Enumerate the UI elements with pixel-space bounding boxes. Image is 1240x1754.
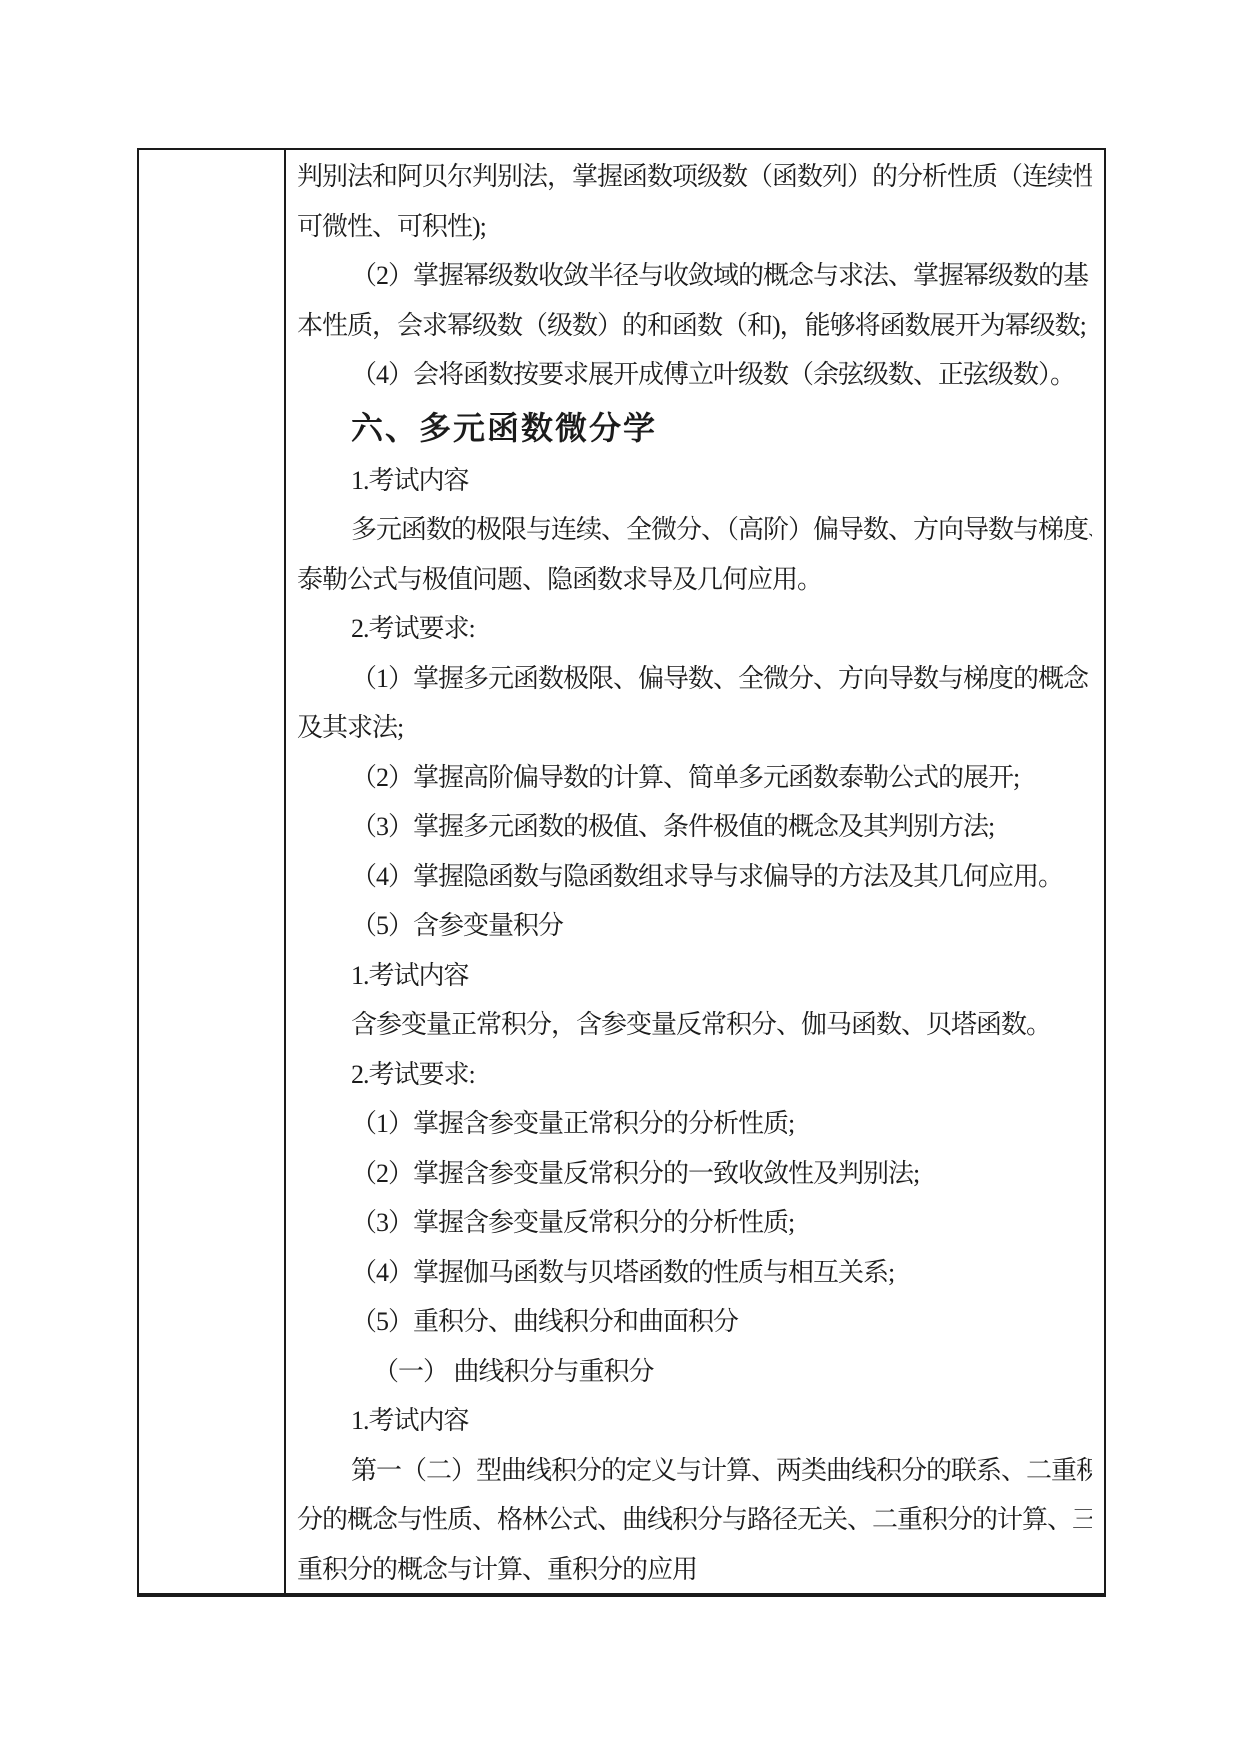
syllabus-table: 判别法和阿贝尔判别法，掌握函数项级数（函数列）的分析性质（连续性、可微性、可积性… bbox=[137, 148, 1106, 1597]
text-line: （2）掌握幂级数收敛半径与收敛域的概念与求法、掌握幂级数的基 bbox=[297, 251, 1092, 301]
text-line: 2.考试要求: bbox=[297, 604, 1092, 654]
text-line: 多元函数的极限与连续、全微分、（高阶）偏导数、方向导数与梯度、 bbox=[297, 505, 1092, 555]
text-line: （1）掌握多元函数极限、偏导数、全微分、方向导数与梯度的概念 bbox=[297, 654, 1092, 704]
text-line: 本性质，会求幂级数（级数）的和函数（和)，能够将函数展开为幂级数; bbox=[297, 301, 1092, 351]
text-line: 可微性、可积性); bbox=[297, 202, 1092, 252]
document-page: 判别法和阿贝尔判别法，掌握函数项级数（函数列）的分析性质（连续性、可微性、可积性… bbox=[0, 0, 1240, 1754]
text-line: （3）掌握多元函数的极值、条件极值的概念及其判别方法; bbox=[297, 802, 1092, 852]
text-line: 判别法和阿贝尔判别法，掌握函数项级数（函数列）的分析性质（连续性、 bbox=[297, 152, 1092, 202]
text-line: 第一（二）型曲线积分的定义与计算、两类曲线积分的联系、二重积 bbox=[297, 1446, 1092, 1496]
text-line: 含参变量正常积分，含参变量反常积分、伽马函数、贝塔函数。 bbox=[297, 1000, 1092, 1050]
text-line: 1.考试内容 bbox=[297, 456, 1092, 506]
text-line: 重积分的概念与计算、重积分的应用 bbox=[297, 1545, 1092, 1594]
text-line: （4）会将函数按要求展开成傅立叶级数（余弦级数、正弦级数）。 bbox=[297, 350, 1092, 400]
text-line: （2）掌握含参变量反常积分的一致收敛性及判别法; bbox=[297, 1149, 1092, 1199]
text-line: （2）掌握高阶偏导数的计算、简单多元函数泰勒公式的展开; bbox=[297, 753, 1092, 803]
text-line: （一） 曲线积分与重积分 bbox=[297, 1347, 1092, 1397]
text-line: 及其求法; bbox=[297, 703, 1092, 753]
table-empty-left-cell bbox=[139, 150, 286, 1593]
text-line: （5）含参变量积分 bbox=[297, 901, 1092, 951]
text-line: （4）掌握伽马函数与贝塔函数的性质与相互关系; bbox=[297, 1248, 1092, 1298]
table-text-column: 判别法和阿贝尔判别法，掌握函数项级数（函数列）的分析性质（连续性、可微性、可积性… bbox=[286, 150, 1104, 1593]
section-heading: 六、多元函数微分学 bbox=[297, 400, 1092, 456]
text-line: （4）掌握隐函数与隐函数组求导与求偏导的方法及其几何应用。 bbox=[297, 852, 1092, 902]
text-line: 泰勒公式与极值问题、隐函数求导及几何应用。 bbox=[297, 555, 1092, 605]
text-line: （1）掌握含参变量正常积分的分析性质; bbox=[297, 1099, 1092, 1149]
text-line: 分的概念与性质、格林公式、曲线积分与路径无关、二重积分的计算、三 bbox=[297, 1495, 1092, 1545]
text-line: 2.考试要求: bbox=[297, 1050, 1092, 1100]
text-line: （5）重积分、曲线积分和曲面积分 bbox=[297, 1297, 1092, 1347]
text-line: （3）掌握含参变量反常积分的分析性质; bbox=[297, 1198, 1092, 1248]
text-line: 1.考试内容 bbox=[297, 1396, 1092, 1446]
text-line: 1.考试内容 bbox=[297, 951, 1092, 1001]
